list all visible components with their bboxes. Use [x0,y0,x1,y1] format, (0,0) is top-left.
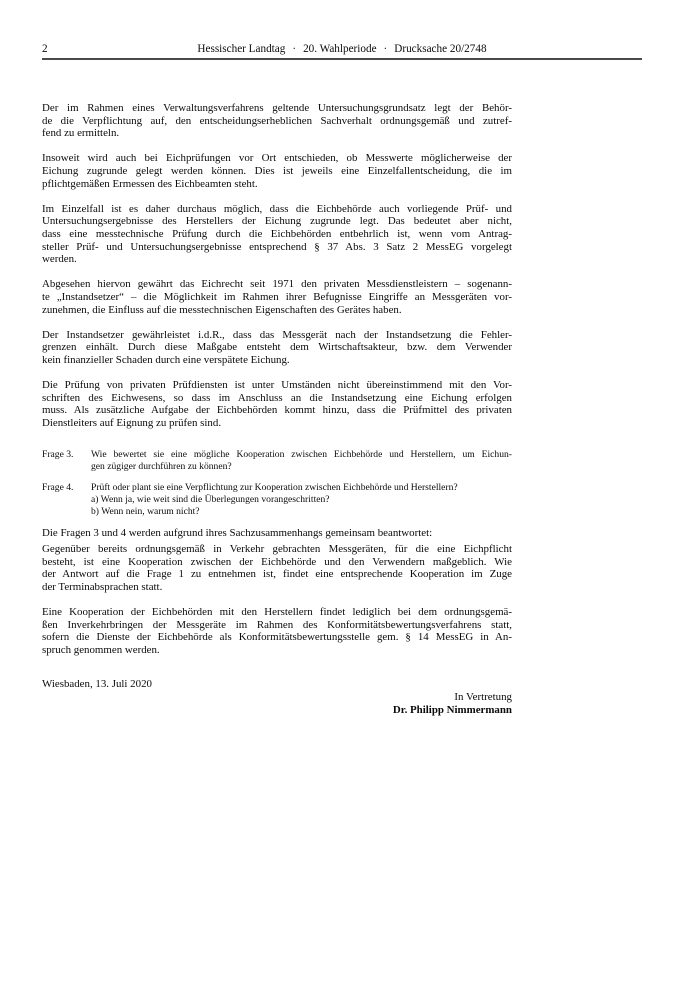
text-line: grenzen einhält. Durch diese Maßgabe ent… [42,341,512,354]
document-body: Der im Rahmen eines Verwaltungsverfahren… [42,102,512,716]
paragraph: Der Instandsetzer gewährleistet i.d.R., … [42,329,512,367]
answer-section: Die Fragen 3 und 4 werden aufgrund ihres… [42,527,512,656]
paragraph: Eine Kooperation der Eichbehörden mit de… [42,606,512,656]
text-line: Die Prüfung von privaten Prüfdiensten is… [42,379,512,392]
text-line: Wie bewertet sie eine mögliche Kooperati… [91,449,512,461]
signature-block: In Vertretung Dr. Philipp Nimmermann [42,691,512,716]
text-line: Untersuchungsergebnisse des Herstellers … [42,215,512,228]
question-label: Frage 4. [42,482,91,518]
answer-paragraphs: Gegenüber bereits ordnungsgemäß in Verke… [42,543,512,656]
paragraph: Im Einzelfall ist es daher durchaus mögl… [42,203,512,266]
text-line: pflichtgemäßen Ermessen des Eichbeamten … [42,178,512,191]
text-line: de die Verpflichtung auf, den entscheidu… [42,115,512,128]
text-line: b) Wenn nein, warum nicht? [91,506,512,518]
text-line: a) Wenn ja, wie weit sind die Überlegung… [91,494,512,506]
answer-intro: Die Fragen 3 und 4 werden aufgrund ihres… [42,527,512,540]
closing: Wiesbaden, 13. Juli 2020 In Vertretung D… [42,678,512,716]
text-line: Der im Rahmen eines Verwaltungsverfahren… [42,102,512,115]
paragraph: Gegenüber bereits ordnungsgemäß in Verke… [42,543,512,593]
text-line: der Antwort auf die Frage 1 zu entnehmen… [42,568,512,581]
text-line: zunehmen, die Einfluss auf die messtechn… [42,304,512,317]
header-document-id: Drucksache 20/2748 [394,43,486,55]
text-line: werden. [42,253,512,266]
text-line: kein finanzieller Schaden durch eine ver… [42,354,512,367]
text-line: gen zügiger durchführen zu können? [91,461,512,473]
body-paragraphs: Der im Rahmen eines Verwaltungsverfahren… [42,102,512,429]
text-line: Eine Kooperation der Eichbehörden mit de… [42,606,512,619]
question-item: Frage 3.Wie bewertet sie eine mögliche K… [42,449,512,473]
question-lines: Wie bewertet sie eine mögliche Kooperati… [91,449,512,473]
header-separator: · [377,43,395,55]
header-separator: · [285,43,303,55]
text-line: Der Instandsetzer gewährleistet i.d.R., … [42,329,512,342]
place-date: Wiesbaden, 13. Juli 2020 [42,678,512,691]
text-line: Prüft oder plant sie eine Verpflichtung … [91,482,512,494]
text-line: schriften des Eichwesens, so dass im Ans… [42,392,512,405]
text-line: Im Einzelfall ist es daher durchaus mögl… [42,203,512,216]
text-line: sofern die Dienste der Eichbehörde als K… [42,631,512,644]
text-line: spruch genommen werden. [42,644,512,657]
text-line: Eichung zugrunde gelegt werden können. D… [42,165,512,178]
paragraph: Der im Rahmen eines Verwaltungsverfahren… [42,102,512,140]
question-item: Frage 4.Prüft oder plant sie eine Verpfl… [42,482,512,518]
text-line: te „Instandsetzer“ – die Möglichkeit im … [42,291,512,304]
signature-name: Dr. Philipp Nimmermann [42,704,512,717]
paragraph: Abgesehen hiervon gewährt das Eichrecht … [42,278,512,316]
text-line: ßen Inverkehrbringen der Messgeräte im R… [42,619,512,632]
header-title: Hessischer Landtag·20. Wahlperiode·Druck… [42,43,642,56]
header-institution: Hessischer Landtag [197,43,285,55]
paragraph: Die Prüfung von privaten Prüfdiensten is… [42,379,512,429]
page-number: 2 [42,43,48,56]
paragraph: Insoweit wird auch bei Eichprüfungen vor… [42,152,512,190]
text-line: besteht, ist eine Kooperation zwischen d… [42,556,512,569]
question-label: Frage 3. [42,449,91,473]
question-lines: Prüft oder plant sie eine Verpflichtung … [91,482,512,518]
header-term: 20. Wahlperiode [303,43,376,55]
text-line: Insoweit wird auch bei Eichprüfungen vor… [42,152,512,165]
text-line: fend zu ermitteln. [42,127,512,140]
text-line: steller Prüf- und Untersuchungsergebniss… [42,241,512,254]
page-header: 2 Hessischer Landtag·20. Wahlperiode·Dru… [42,43,642,60]
signature-role: In Vertretung [42,691,512,704]
text-line: muss. Als zusätzliche Aufgabe der Eichbe… [42,404,512,417]
text-line: Abgesehen hiervon gewährt das Eichrecht … [42,278,512,291]
text-line: Dienstleiters auf Eignung zu prüfen sind… [42,417,512,430]
document-page: 2 Hessischer Landtag·20. Wahlperiode·Dru… [0,0,700,990]
text-line: dass eine messtechnische Prüfung durch d… [42,228,512,241]
question-list: Frage 3.Wie bewertet sie eine mögliche K… [42,449,512,518]
text-line: Gegenüber bereits ordnungsgemäß in Verke… [42,543,512,556]
text-line: der Terminabsprachen statt. [42,581,512,594]
